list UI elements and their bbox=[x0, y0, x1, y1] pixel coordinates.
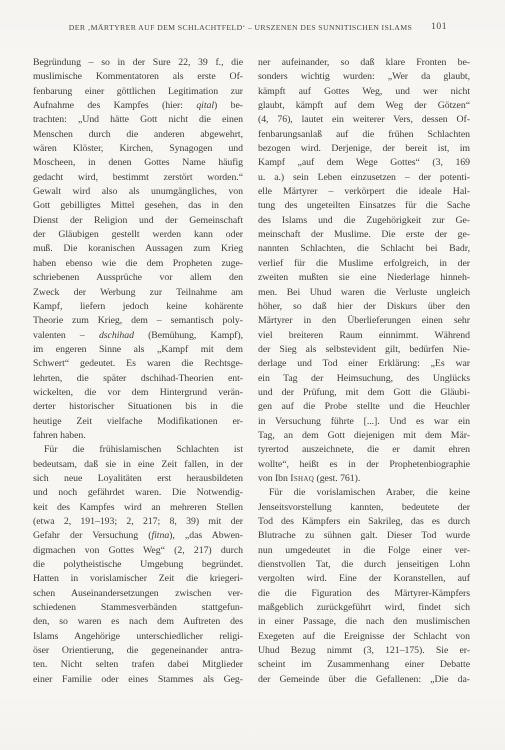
text-line: viel breiteren Raum einnimmt. Während bbox=[258, 329, 470, 343]
text-line: bezogen wird. Derjenige, der bereit ist,… bbox=[258, 142, 470, 156]
text-line: elle Märtyrer – verkörpert die ideale Ha… bbox=[258, 185, 470, 199]
text-line: gen auf die Probe stellte und die Heuchl… bbox=[258, 400, 470, 414]
text-line: maßgeblich zurückgeführt wird, findet si… bbox=[258, 601, 470, 615]
text-line: muß. Die koranischen Aussagen zum Krieg bbox=[33, 242, 243, 256]
text-columns: Begründung – so in der Sure 22, 39 f., d… bbox=[33, 56, 470, 687]
text-line: Moscheen, in denen Gottes Name häufig bbox=[33, 156, 243, 170]
text-line: (etwa 2, 191–193; 2, 217; 8, 39) mit der bbox=[33, 515, 243, 529]
running-title: DER ‚MÄRTYRER AUF DEM SCHLACHTFELD‘ – UR… bbox=[33, 23, 448, 32]
text-line: derter historischer Situationen bis in d… bbox=[33, 400, 243, 414]
text-line: muslimische Kommentatoren als erste Of- bbox=[33, 70, 243, 84]
text-line: Tag, an dem Gott diejenigen mit dem Mär- bbox=[258, 429, 470, 443]
text-line: ner aufeinander, so daß klare Fronten be… bbox=[258, 56, 470, 70]
text-line: Für die vorislamischen Araber, die keine bbox=[258, 486, 470, 500]
text-line: Dienst der Religion und der Gemeinschaft bbox=[33, 214, 243, 228]
text-line: wollte“, heißt es in der Prophetenbiogra… bbox=[258, 458, 470, 472]
text-line: fenbarung einer göttlichen Legitimation … bbox=[33, 85, 243, 99]
text-line: Aufnahme des Kampfes (hier: qital) be- bbox=[33, 99, 243, 113]
text-line: Theorie zum Krieg, dem – semantisch poly… bbox=[33, 314, 243, 328]
text-line: schriebenen Aussprüche vor allem den bbox=[33, 271, 243, 285]
text-line: tung des ungeteilten Einsatzes für die S… bbox=[258, 199, 470, 213]
running-header: DER ‚MÄRTYRER AUF DEM SCHLACHTFELD‘ – UR… bbox=[33, 21, 470, 35]
text-column-right: ner aufeinander, so daß klare Fronten be… bbox=[258, 56, 470, 687]
text-line: Exegeten auf die Ereignisse der Schlacht… bbox=[258, 630, 470, 644]
text-line: Blutrache zu sühnen galt. Dieser Tod wur… bbox=[258, 529, 470, 543]
text-line: in Versuchung führte [...]. Und es war e… bbox=[258, 415, 470, 429]
text-line: die die Figuration des Märtyrer-Kämpfers bbox=[258, 587, 470, 601]
text-line: u. a.) sein Leben einzusetzen – der pote… bbox=[258, 171, 470, 185]
text-line: bedeutsam, daß sie in eine Zeit fallen, … bbox=[33, 458, 243, 472]
text-line: der Sieg als selbstevident gilt, bedürfe… bbox=[258, 343, 470, 357]
text-line: trachten: „Und hätte Gott nicht die eine… bbox=[33, 113, 243, 127]
text-line: einer Familie oder eines Stammes als Geg… bbox=[33, 673, 243, 687]
text-line: verlief für die Muslime erfolgreich, in … bbox=[258, 257, 470, 271]
text-line: der Gläubigen gestellt werden kann oder bbox=[33, 228, 243, 242]
text-line: scheint im Zusammenhang einer Debatte bbox=[258, 658, 470, 672]
text-line: Gefahr der Versuchung (fitna), „das Abwe… bbox=[33, 529, 243, 543]
text-line: sonders wichtig wurden: „Wer da glaubt, bbox=[258, 70, 470, 84]
text-line: Islams Angehörige unterschiedlicher reli… bbox=[33, 630, 243, 644]
text-line: ein Tag der Heimsuchung, des Unglücks bbox=[258, 372, 470, 386]
text-column-left: Begründung – so in der Sure 22, 39 f., d… bbox=[33, 56, 243, 687]
text-line: ten. Nicht selten trafen dabei Mitgliede… bbox=[33, 658, 243, 672]
text-line: digmachen von Gottes Weg“ (2, 217) durch bbox=[33, 544, 243, 558]
text-line: und der Prüfung, mit dem Gott die Gläubi… bbox=[258, 386, 470, 400]
text-line: im engeren Sinne als „Kampf mit dem bbox=[33, 343, 243, 357]
text-line: Hatten in vorislamischer Zeit die kriege… bbox=[33, 572, 243, 586]
text-line: heutige Zeit vielfache Modifikationen er… bbox=[33, 415, 243, 429]
text-line: Schwert“ gedeutet. Es waren die Rechtsge… bbox=[33, 357, 243, 371]
text-line: des Islams und die Zugehörigkeit zur Ge- bbox=[258, 214, 470, 228]
text-line: der Gemeinde über die Gefallenen: „Die d… bbox=[258, 673, 470, 687]
text-line: keit des Kampfes wird an mehreren Stelle… bbox=[33, 501, 243, 515]
text-line: und noch gefährdet waren. Die Notwendig- bbox=[33, 486, 243, 500]
text-line: von Ibn Ishaq (gest. 761). bbox=[258, 472, 470, 486]
text-line: fenbarungsanlaß auf die frühen Schlachte… bbox=[258, 128, 470, 142]
text-line: Zweck der Werbung zur Teilnahme am bbox=[33, 286, 243, 300]
text-line: meinschaft der Muslime. Die erste der ge… bbox=[258, 228, 470, 242]
text-line: nun umgedeutet in die Folge einer ver- bbox=[258, 544, 470, 558]
text-line: nannten Schlachten, die Schlacht bei Bad… bbox=[258, 242, 470, 256]
text-line: dienstvollen Tat, die durch jenseitigen … bbox=[258, 558, 470, 572]
text-line: Kampf, liefern jedoch keine kohärente bbox=[33, 300, 243, 314]
text-line: lehrten, die später dschihad-Theorien en… bbox=[33, 372, 243, 386]
text-line: schen Auseinandersetzungen zwischen ver- bbox=[33, 587, 243, 601]
text-line: Jenseitsvorstellung kannten, bedeutete d… bbox=[258, 501, 470, 515]
book-page: DER ‚MÄRTYRER AUF DEM SCHLACHTFELD‘ – UR… bbox=[0, 0, 505, 750]
text-line: Gewalt wird also als unumgängliches, von bbox=[33, 185, 243, 199]
text-line: Tod des Kämpfers ein Sakrileg, das es du… bbox=[258, 515, 470, 529]
text-line: Für die frühislamischen Schlachten ist bbox=[33, 443, 243, 457]
text-line: kämpft auf Gottes Weg, und wer nicht bbox=[258, 85, 470, 99]
text-line: Märtyrer in den Überlieferungen einen se… bbox=[258, 314, 470, 328]
text-line: valenten – dschihad (Bemühung, Kampf), bbox=[33, 329, 243, 343]
text-line: schiedenen Stammesverbänden stattgefun- bbox=[33, 601, 243, 615]
text-line: Menschen durch die anderen abgewehrt, bbox=[33, 128, 243, 142]
text-line: öser Orientierung, die gegeneinander ant… bbox=[33, 644, 243, 658]
text-line: derlage und Tod einer Erklärung: „Es war bbox=[258, 357, 470, 371]
text-line: Gott gebilligtes Mittel gesehen, das in … bbox=[33, 199, 243, 213]
text-line: haben ebenso wie die dem Propheten zuge- bbox=[33, 257, 243, 271]
text-line: fahren haben. bbox=[33, 429, 243, 443]
text-line: glaubt, kämpft auf dem Weg der Götzen“ bbox=[258, 99, 470, 113]
text-line: vergolten wird. Eine der Koranstellen, a… bbox=[258, 572, 470, 586]
page-number: 101 bbox=[431, 21, 447, 32]
text-line: Begründung – so in der Sure 22, 39 f., d… bbox=[33, 56, 243, 70]
text-line: Kampf „auf dem Wege Gottes“ (3, 169 bbox=[258, 156, 470, 170]
text-line: tyrertod auszeichnete, die er damit ehre… bbox=[258, 443, 470, 457]
text-line: die polytheistische Umgebung begründet. bbox=[33, 558, 243, 572]
text-line: zweiten mußten sie eine Niederlage hinne… bbox=[258, 271, 470, 285]
text-line: Uhud Bezug nimmt (3, 121–175). Sie er- bbox=[258, 644, 470, 658]
text-line: men. Bei Uhud waren die Verluste ungleic… bbox=[258, 286, 470, 300]
text-line: (4, 76), lautet ein weiterer Vers, desse… bbox=[258, 113, 470, 127]
text-line: gedacht wird, bestimmt zerstört worden.“ bbox=[33, 171, 243, 185]
text-line: den, so waren es nach dem Auftreten des bbox=[33, 615, 243, 629]
text-line: wickelten, die vor dem Hintergrund verän… bbox=[33, 386, 243, 400]
text-line: in einer Passage, die nach den muslimisc… bbox=[258, 615, 470, 629]
text-line: sich neue Loyalitäten erst herausbildete… bbox=[33, 472, 243, 486]
text-line: höher, so daß hier der Diskurs über den bbox=[258, 300, 470, 314]
text-line: wären Klöster, Kirchen, Synagogen und bbox=[33, 142, 243, 156]
